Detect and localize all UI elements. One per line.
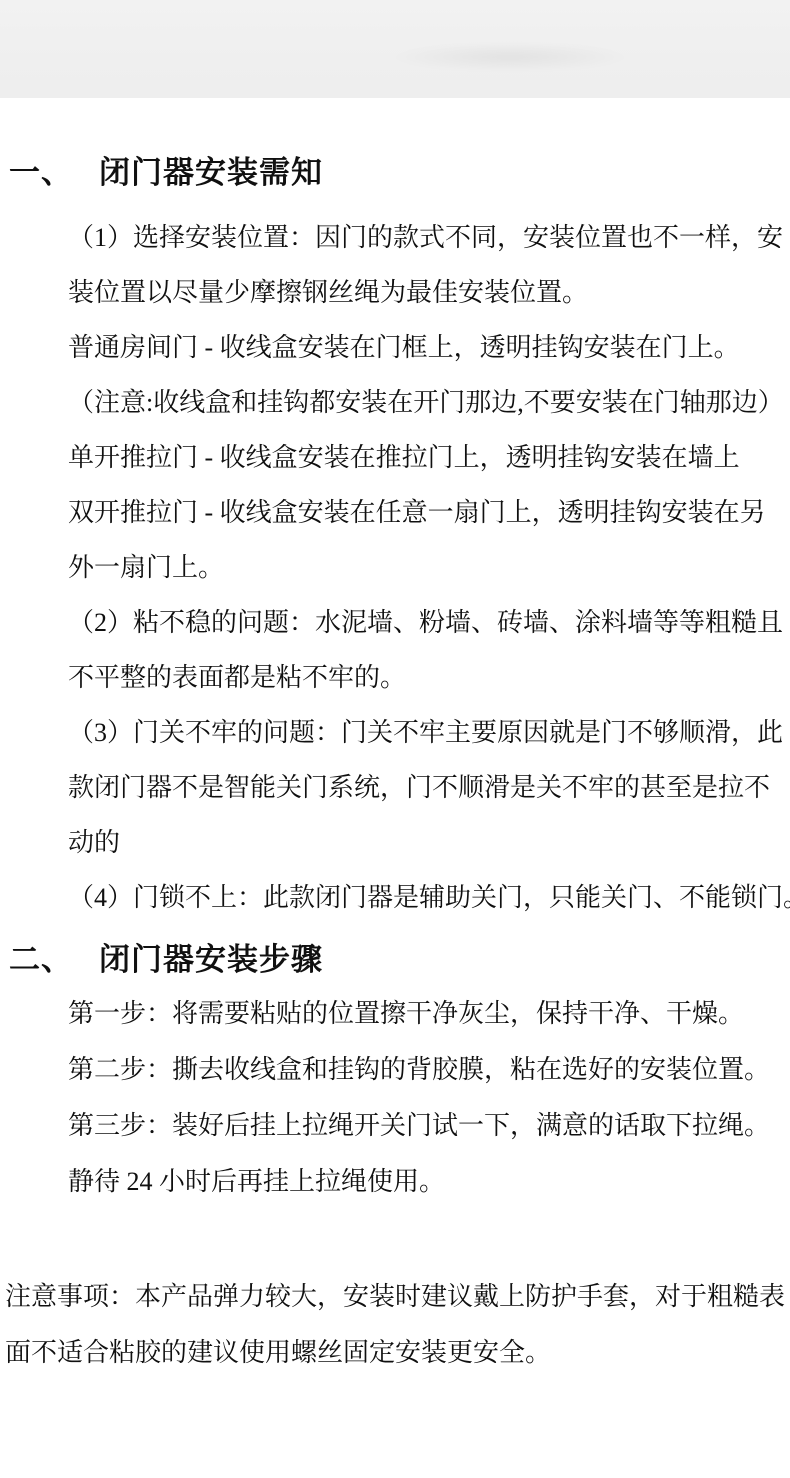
doc-line: 款闭门器不是智能关门系统，门不顺滑是关不牢的甚至是拉不: [68, 760, 786, 815]
section-1-body: （1）选择安装位置：因门的款式不同，安装位置也不一样，安 装位置以尽量少摩擦钢丝…: [0, 210, 790, 925]
doc-line: （4）门锁不上：此款闭门器是辅助关门，只能关门、不能锁门。: [68, 870, 786, 925]
section-2-heading: 二、闭门器安装步骤: [0, 939, 790, 981]
doc-line: 普通房间门 - 收线盒安装在门框上，透明挂钩安装在门上。: [68, 320, 786, 375]
doc-line: 外一扇门上。: [68, 540, 786, 595]
doc-line: 静待 24 小时后再挂上拉绳使用。: [68, 1154, 786, 1210]
band-smudge: [390, 42, 630, 72]
doc-line: （3）门关不牢的问题：门关不牢主要原因就是门不够顺滑，此: [68, 705, 786, 760]
doc-line: 第二步：撕去收线盒和挂钩的背胶膜，粘在选好的安装位置。: [68, 1042, 786, 1098]
doc-line: 动的: [68, 815, 786, 870]
note-line: 注意事项：本产品弹力较大，安装时建议戴上防护手套，对于粗糙表: [5, 1269, 786, 1325]
doc-line: 不平整的表面都是粘不牢的。: [68, 650, 786, 705]
note-line: 面不适合粘胶的建议使用螺丝固定安装更安全。: [5, 1325, 786, 1381]
doc-line: 第三步：装好后挂上拉绳开关门试一下，满意的话取下拉绳。: [68, 1098, 786, 1154]
section-1-heading: 一、闭门器安装需知: [0, 152, 790, 194]
doc-line: 双开推拉门 - 收线盒安装在任意一扇门上，透明挂钩安装在另: [68, 485, 786, 540]
doc-line: 装位置以尽量少摩擦钢丝绳为最佳安装位置。: [68, 265, 786, 320]
instruction-page: 一、闭门器安装需知 （1）选择安装位置：因门的款式不同，安装位置也不一样，安 装…: [0, 0, 790, 1478]
section-2-title: 闭门器安装步骤: [99, 942, 323, 977]
section-1-number: 一、: [9, 152, 99, 194]
section-2-number: 二、: [9, 939, 99, 981]
section-1-title: 闭门器安装需知: [99, 155, 323, 190]
doc-line: （2）粘不稳的问题：水泥墙、粉墙、砖墙、涂料墙等等粗糙且: [68, 595, 786, 650]
doc-line: （注意:收线盒和挂钩都安装在开门那边,不要安装在门轴那边）: [68, 375, 786, 430]
doc-line: 单开推拉门 - 收线盒安装在推拉门上，透明挂钩安装在墙上: [68, 430, 786, 485]
note-paragraph: 注意事项：本产品弹力较大，安装时建议戴上防护手套，对于粗糙表 面不适合粘胶的建议…: [0, 1269, 790, 1381]
top-gray-band: [0, 0, 790, 98]
section-2-body: 第一步：将需要粘贴的位置擦干净灰尘，保持干净、干燥。 第二步：撕去收线盒和挂钩的…: [0, 986, 790, 1210]
doc-line: 第一步：将需要粘贴的位置擦干净灰尘，保持干净、干燥。: [68, 986, 786, 1042]
doc-line: （1）选择安装位置：因门的款式不同，安装位置也不一样，安: [68, 210, 786, 265]
